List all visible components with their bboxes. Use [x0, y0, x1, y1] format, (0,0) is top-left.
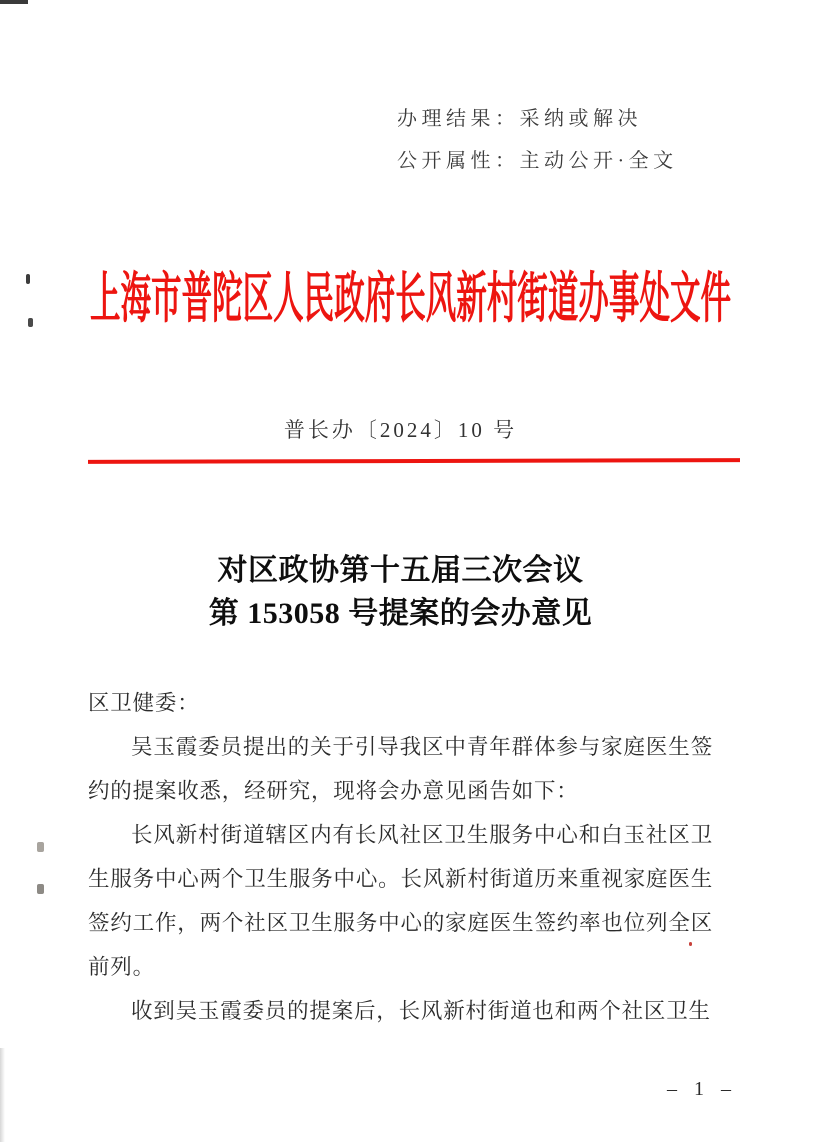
salutation: 区卫健委：: [88, 681, 713, 725]
handling-result-line: 办理结果：采纳或解决: [397, 98, 678, 140]
disclosure-attribute-line: 公开属性：主动公开·全文: [397, 140, 678, 182]
document-title-line1: 对区政协第十五届三次会议: [88, 549, 713, 592]
document-title-line2: 第 153058 号提案的会办意见: [88, 592, 713, 635]
scan-edge-shadow: [0, 1048, 5, 1142]
agency-masthead: 上海市普陀区人民政府长风新村街道办事处文件: [0, 268, 821, 330]
scan-speck: [37, 842, 44, 852]
scan-artifact-corner-bar: [0, 0, 28, 4]
document-body: 区卫健委： 吴玉霞委员提出的关于引导我区中青年群体参与家庭医生签约的提案收悉，经…: [88, 681, 713, 1033]
document-number: 普长办〔2024〕10 号: [88, 414, 713, 444]
handling-info-block: 办理结果：采纳或解决 公开属性：主动公开·全文: [397, 98, 678, 182]
body-paragraph: 长风新村街道辖区内有长风社区卫生服务中心和白玉社区卫生服务中心两个卫生服务中心。…: [88, 813, 713, 989]
body-paragraph: 收到吴玉霞委员的提案后，长风新村街道也和两个社区卫生: [88, 989, 713, 1033]
scan-speck: [37, 884, 44, 894]
agency-masthead-title: 上海市普陀区人民政府长风新村街道办事处文件: [90, 268, 731, 330]
document-title: 对区政协第十五届三次会议 第 153058 号提案的会办意见: [88, 549, 713, 635]
body-paragraph: 吴玉霞委员提出的关于引导我区中青年群体参与家庭医生签约的提案收悉，经研究，现将会…: [88, 725, 713, 813]
page-number: – 1 –: [667, 1078, 737, 1101]
red-separator-line: [88, 458, 740, 464]
document-page: 办理结果：采纳或解决 公开属性：主动公开·全文 上海市普陀区人民政府长风新村街道…: [0, 0, 821, 1142]
